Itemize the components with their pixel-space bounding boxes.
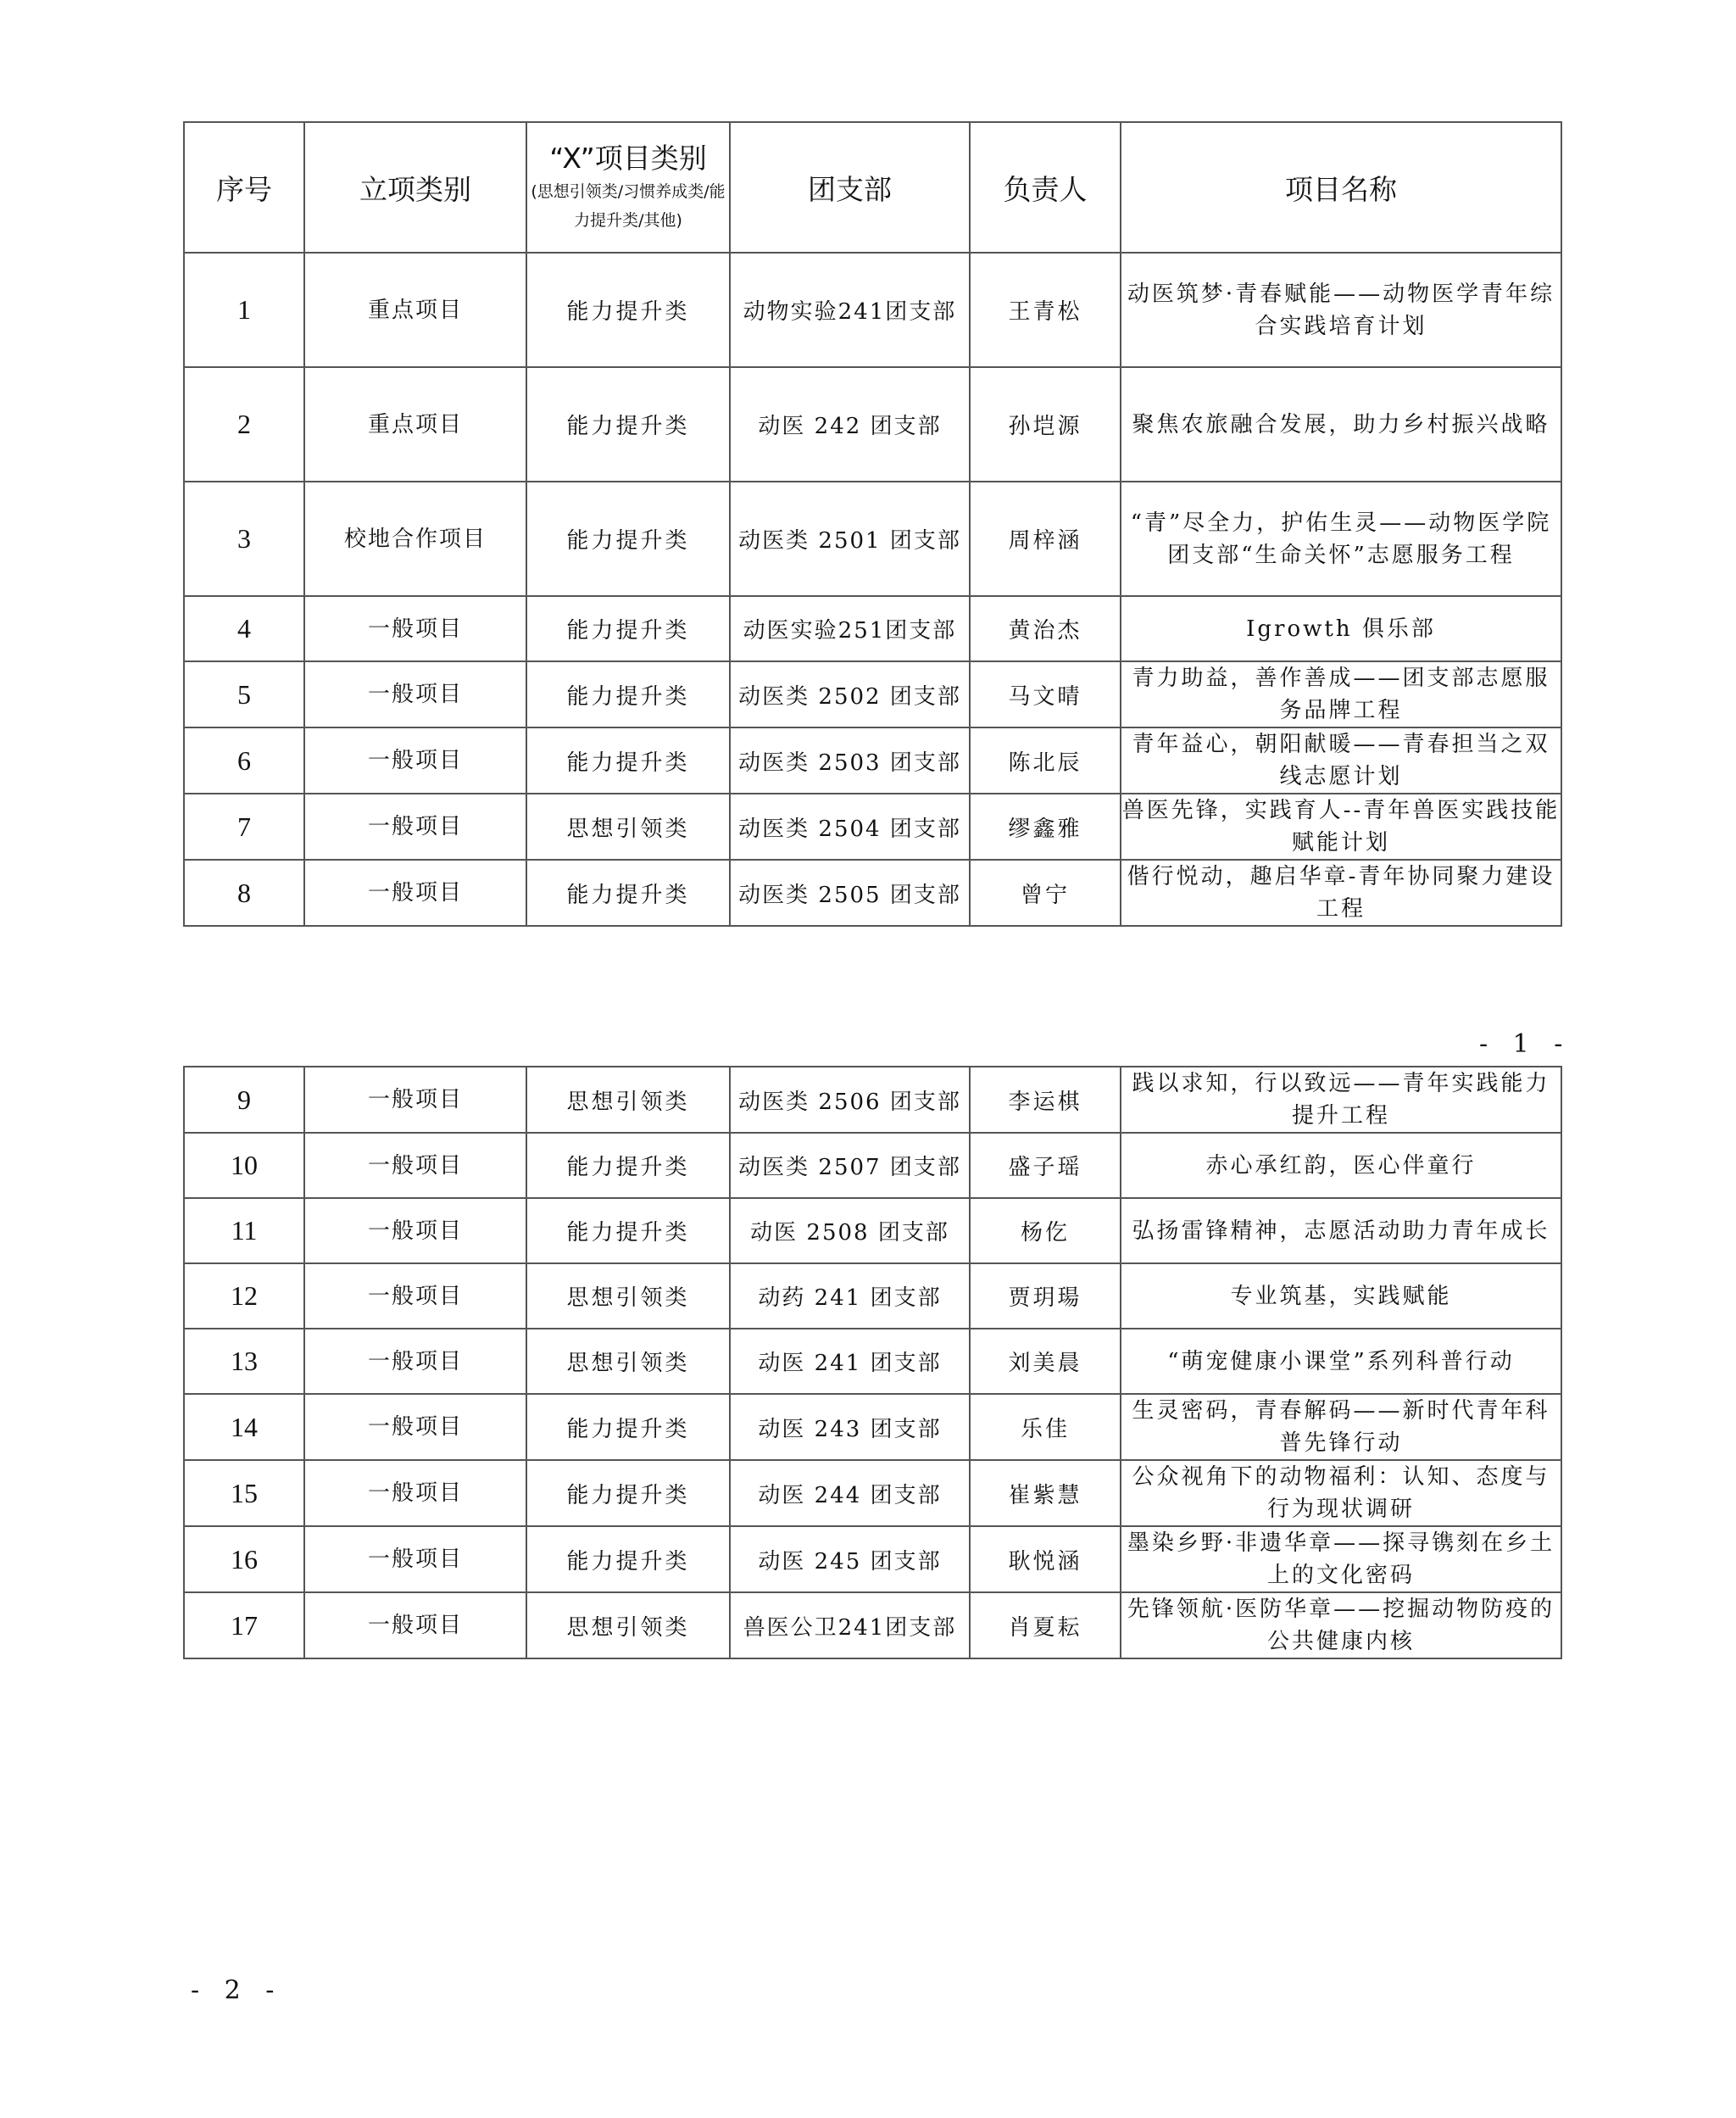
row-category-label: 一般项目 bbox=[305, 1284, 526, 1309]
row-x-type: 思想引领类 bbox=[526, 1329, 730, 1394]
row-category: 一般项目 bbox=[304, 1592, 526, 1658]
row-project-name: 兽医先锋，实践育人--青年兽医实践技能赋能计划 bbox=[1121, 794, 1561, 860]
row-branch: 动医类 2504 团支部 bbox=[730, 794, 970, 860]
row-category: 一般项目 bbox=[304, 860, 526, 926]
table-row: 14一般项目能力提升类动医 243 团支部乐佳生灵密码，青春解码——新时代青年科… bbox=[184, 1394, 1561, 1460]
row-category-label: 一般项目 bbox=[305, 1218, 526, 1244]
row-project-name: 弘扬雷锋精神，志愿活动助力青年成长 bbox=[1121, 1198, 1561, 1263]
row-x-type: 能力提升类 bbox=[526, 367, 730, 482]
row-category: 一般项目 bbox=[304, 1067, 526, 1133]
row-x-type: 能力提升类 bbox=[526, 860, 730, 926]
row-x-type: 能力提升类 bbox=[526, 1133, 730, 1198]
row-x-type: 思想引领类 bbox=[526, 1263, 730, 1329]
row-category: 一般项目 bbox=[304, 1460, 526, 1526]
row-category-label: 一般项目 bbox=[305, 1613, 526, 1638]
row-x-type: 能力提升类 bbox=[526, 1526, 730, 1592]
row-category-label: 一般项目 bbox=[305, 1349, 526, 1374]
row-number: 15 bbox=[184, 1460, 304, 1526]
row-leader: 缪鑫雅 bbox=[970, 794, 1121, 860]
row-number: 12 bbox=[184, 1263, 304, 1329]
project-table-page-2: 9一般项目思想引领类动医类 2506 团支部李运棋践以求知，行以致远——青年实践… bbox=[183, 1066, 1562, 1659]
row-leader: 乐佳 bbox=[970, 1394, 1121, 1460]
row-category: 一般项目 bbox=[304, 1329, 526, 1394]
header-category: 立项类别 bbox=[304, 122, 526, 253]
row-branch: 动医 244 团支部 bbox=[730, 1460, 970, 1526]
row-branch: 动物实验241团支部 bbox=[730, 253, 970, 367]
header-leader: 负责人 bbox=[970, 122, 1121, 253]
row-branch: 动医类 2502 团支部 bbox=[730, 661, 970, 727]
row-category: 一般项目 bbox=[304, 727, 526, 794]
row-x-type: 能力提升类 bbox=[526, 1394, 730, 1460]
row-x-type: 能力提升类 bbox=[526, 482, 730, 596]
header-x-type-main: “X”项目类别 bbox=[527, 140, 729, 177]
row-project-name: 偕行悦动，趣启华章-青年协同聚力建设工程 bbox=[1121, 860, 1561, 926]
row-category-label: 一般项目 bbox=[305, 1414, 526, 1440]
row-x-type: 思想引领类 bbox=[526, 1592, 730, 1658]
row-project-name: 聚焦农旅融合发展，助力乡村振兴战略 bbox=[1121, 367, 1561, 482]
row-branch: 动医类 2506 团支部 bbox=[730, 1067, 970, 1133]
row-leader: 贾玥瑒 bbox=[970, 1263, 1121, 1329]
row-x-type: 思想引领类 bbox=[526, 794, 730, 860]
row-leader: 曾宁 bbox=[970, 860, 1121, 926]
row-project-name: 动医筑梦·青春赋能——动物医学青年综合实践培育计划 bbox=[1121, 253, 1561, 367]
row-branch: 动医实验251团支部 bbox=[730, 596, 970, 661]
row-category: 一般项目 bbox=[304, 794, 526, 860]
row-category-label: 一般项目 bbox=[305, 1547, 526, 1572]
row-category: 重点项目 bbox=[304, 253, 526, 367]
header-branch: 团支部 bbox=[730, 122, 970, 253]
row-number: 16 bbox=[184, 1526, 304, 1592]
table-row: 9一般项目思想引领类动医类 2506 团支部李运棋践以求知，行以致远——青年实践… bbox=[184, 1067, 1561, 1133]
row-number: 5 bbox=[184, 661, 304, 727]
row-project-name: 生灵密码，青春解码——新时代青年科普先锋行动 bbox=[1121, 1394, 1561, 1460]
row-category: 一般项目 bbox=[304, 1263, 526, 1329]
row-project-name: 青年益心，朝阳献暖——青春担当之双线志愿计划 bbox=[1121, 727, 1561, 794]
row-project-name: “青”尽全力，护佑生灵——动物医学院团支部“生命关怀”志愿服务工程 bbox=[1121, 482, 1561, 596]
table-body-page-1: 1重点项目能力提升类动物实验241团支部王青松动医筑梦·青春赋能——动物医学青年… bbox=[184, 253, 1561, 926]
row-leader: 黄治杰 bbox=[970, 596, 1121, 661]
row-leader: 周梓涵 bbox=[970, 482, 1121, 596]
table-row: 12一般项目思想引领类动药 241 团支部贾玥瑒专业筑基，实践赋能 bbox=[184, 1263, 1561, 1329]
row-category-label: 一般项目 bbox=[305, 682, 526, 707]
row-branch: 动医类 2503 团支部 bbox=[730, 727, 970, 794]
row-category-label: 一般项目 bbox=[305, 1153, 526, 1179]
row-category: 一般项目 bbox=[304, 596, 526, 661]
row-category: 一般项目 bbox=[304, 1198, 526, 1263]
row-project-name: “萌宠健康小课堂”系列科普行动 bbox=[1121, 1329, 1561, 1394]
row-leader: 王青松 bbox=[970, 253, 1121, 367]
header-no: 序号 bbox=[184, 122, 304, 253]
row-category: 重点项目 bbox=[304, 367, 526, 482]
row-project-name: 专业筑基，实践赋能 bbox=[1121, 1263, 1561, 1329]
table-row: 6一般项目能力提升类动医类 2503 团支部陈北辰青年益心，朝阳献暖——青春担当… bbox=[184, 727, 1561, 794]
row-category-label: 校地合作项目 bbox=[305, 527, 526, 552]
project-table-page-1: 序号 立项类别 “X”项目类别 (思想引领类/习惯养成类/能力提升类/其他) 团… bbox=[183, 121, 1562, 927]
row-branch: 动医 245 团支部 bbox=[730, 1526, 970, 1592]
row-x-type: 思想引领类 bbox=[526, 1067, 730, 1133]
row-category-label: 一般项目 bbox=[305, 1087, 526, 1112]
table-row: 15一般项目能力提升类动医 244 团支部崔紫慧公众视角下的动物福利：认知、态度… bbox=[184, 1460, 1561, 1526]
table-row: 7一般项目思想引领类动医类 2504 团支部缪鑫雅兽医先锋，实践育人--青年兽医… bbox=[184, 794, 1561, 860]
table-row: 1重点项目能力提升类动物实验241团支部王青松动医筑梦·青春赋能——动物医学青年… bbox=[184, 253, 1561, 367]
row-category-label: 重点项目 bbox=[305, 412, 526, 438]
row-number: 13 bbox=[184, 1329, 304, 1394]
row-number: 9 bbox=[184, 1067, 304, 1133]
row-leader: 盛子瑶 bbox=[970, 1133, 1121, 1198]
row-category-label: 一般项目 bbox=[305, 1480, 526, 1506]
table-row: 8一般项目能力提升类动医类 2505 团支部曾宁偕行悦动，趣启华章-青年协同聚力… bbox=[184, 860, 1561, 926]
row-project-name: 青力助益，善作善成——团支部志愿服务品牌工程 bbox=[1121, 661, 1561, 727]
row-number: 3 bbox=[184, 482, 304, 596]
row-category-label: 一般项目 bbox=[305, 616, 526, 642]
row-branch: 动药 241 团支部 bbox=[730, 1263, 970, 1329]
table-header-row: 序号 立项类别 “X”项目类别 (思想引领类/习惯养成类/能力提升类/其他) 团… bbox=[184, 122, 1561, 253]
row-category: 一般项目 bbox=[304, 1526, 526, 1592]
row-x-type: 能力提升类 bbox=[526, 1198, 730, 1263]
row-number: 6 bbox=[184, 727, 304, 794]
row-branch: 兽医公卫241团支部 bbox=[730, 1592, 970, 1658]
row-number: 17 bbox=[184, 1592, 304, 1658]
row-category-label: 重点项目 bbox=[305, 298, 526, 323]
row-project-name: 公众视角下的动物福利：认知、态度与行为现状调研 bbox=[1121, 1460, 1561, 1526]
row-x-type: 能力提升类 bbox=[526, 661, 730, 727]
table-row: 16一般项目能力提升类动医 245 团支部耿悦涵墨染乡野·非遗华章——探寻镌刻在… bbox=[184, 1526, 1561, 1592]
row-x-type: 能力提升类 bbox=[526, 253, 730, 367]
row-number: 11 bbox=[184, 1198, 304, 1263]
header-x-type: “X”项目类别 (思想引领类/习惯养成类/能力提升类/其他) bbox=[526, 122, 730, 253]
row-x-type: 能力提升类 bbox=[526, 1460, 730, 1526]
row-branch: 动医类 2501 团支部 bbox=[730, 482, 970, 596]
row-leader: 杨仡 bbox=[970, 1198, 1121, 1263]
row-number: 10 bbox=[184, 1133, 304, 1198]
table-row: 5一般项目能力提升类动医类 2502 团支部马文晴青力助益，善作善成——团支部志… bbox=[184, 661, 1561, 727]
row-project-name: 墨染乡野·非遗华章——探寻镌刻在乡土上的文化密码 bbox=[1121, 1526, 1561, 1592]
row-leader: 孙垲源 bbox=[970, 367, 1121, 482]
row-category-label: 一般项目 bbox=[305, 748, 526, 773]
table-body-page-2: 9一般项目思想引领类动医类 2506 团支部李运棋践以求知，行以致远——青年实践… bbox=[184, 1067, 1561, 1658]
row-leader: 刘美晨 bbox=[970, 1329, 1121, 1394]
row-leader: 马文晴 bbox=[970, 661, 1121, 727]
row-x-type: 能力提升类 bbox=[526, 727, 730, 794]
row-number: 14 bbox=[184, 1394, 304, 1460]
header-project-name: 项目名称 bbox=[1121, 122, 1561, 253]
row-leader: 耿悦涵 bbox=[970, 1526, 1121, 1592]
table-row: 2重点项目能力提升类动医 242 团支部孙垲源聚焦农旅融合发展，助力乡村振兴战略 bbox=[184, 367, 1561, 482]
row-x-type: 能力提升类 bbox=[526, 596, 730, 661]
row-category-label: 一般项目 bbox=[305, 880, 526, 906]
row-number: 2 bbox=[184, 367, 304, 482]
row-project-name: 践以求知，行以致远——青年实践能力提升工程 bbox=[1121, 1067, 1561, 1133]
row-category: 一般项目 bbox=[304, 1394, 526, 1460]
header-x-type-sub: (思想引领类/习惯养成类/能力提升类/其他) bbox=[527, 177, 729, 235]
table-row: 4一般项目能力提升类动医实验251团支部黄治杰Igrowth 俱乐部 bbox=[184, 596, 1561, 661]
row-leader: 李运棋 bbox=[970, 1067, 1121, 1133]
table-row: 3校地合作项目能力提升类动医类 2501 团支部周梓涵“青”尽全力，护佑生灵——… bbox=[184, 482, 1561, 596]
row-project-name: 赤心承红韵，医心伴童行 bbox=[1121, 1133, 1561, 1198]
row-leader: 崔紫慧 bbox=[970, 1460, 1121, 1526]
table-row: 11一般项目能力提升类动医 2508 团支部杨仡弘扬雷锋精神，志愿活动助力青年成… bbox=[184, 1198, 1561, 1263]
row-category: 一般项目 bbox=[304, 1133, 526, 1198]
page-number-1: - 1 - bbox=[1479, 1029, 1571, 1059]
row-project-name: 先锋领航·医防华章——挖掘动物防疫的公共健康内核 bbox=[1121, 1592, 1561, 1658]
row-number: 8 bbox=[184, 860, 304, 926]
row-leader: 陈北辰 bbox=[970, 727, 1121, 794]
row-leader: 肖夏耘 bbox=[970, 1592, 1121, 1658]
row-category: 校地合作项目 bbox=[304, 482, 526, 596]
row-project-name: Igrowth 俱乐部 bbox=[1121, 596, 1561, 661]
row-branch: 动医 243 团支部 bbox=[730, 1394, 970, 1460]
row-branch: 动医 241 团支部 bbox=[730, 1329, 970, 1394]
row-branch: 动医 2508 团支部 bbox=[730, 1198, 970, 1263]
table-row: 10一般项目能力提升类动医类 2507 团支部盛子瑶赤心承红韵，医心伴童行 bbox=[184, 1133, 1561, 1198]
row-branch: 动医类 2505 团支部 bbox=[730, 860, 970, 926]
row-number: 1 bbox=[184, 253, 304, 367]
row-number: 4 bbox=[184, 596, 304, 661]
row-category-label: 一般项目 bbox=[305, 814, 526, 839]
row-branch: 动医类 2507 团支部 bbox=[730, 1133, 970, 1198]
page-number-2: - 2 - bbox=[191, 1976, 282, 2005]
row-category: 一般项目 bbox=[304, 661, 526, 727]
row-number: 7 bbox=[184, 794, 304, 860]
table-row: 13一般项目思想引领类动医 241 团支部刘美晨“萌宠健康小课堂”系列科普行动 bbox=[184, 1329, 1561, 1394]
row-branch: 动医 242 团支部 bbox=[730, 367, 970, 482]
table-row: 17一般项目思想引领类兽医公卫241团支部肖夏耘先锋领航·医防华章——挖掘动物防… bbox=[184, 1592, 1561, 1658]
